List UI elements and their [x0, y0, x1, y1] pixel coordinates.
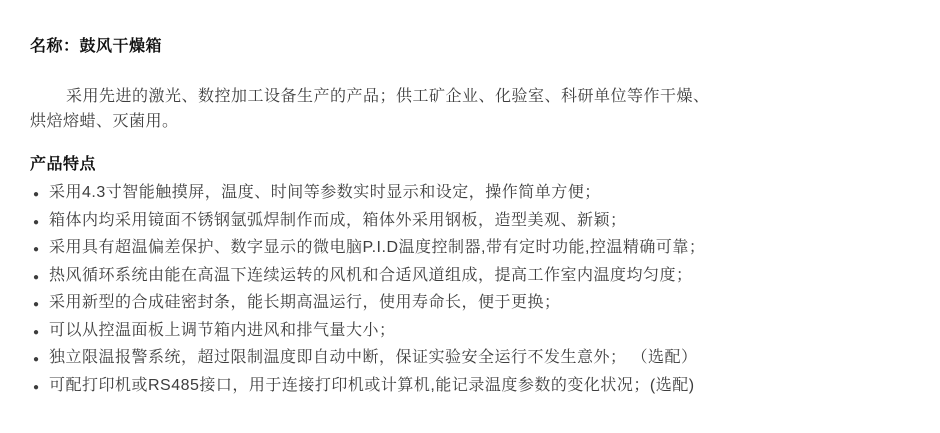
feature-item: ● 可配打印机或RS485接口，用于连接打印机或计算机,能记录温度参数的变化状况…: [30, 373, 920, 401]
bullet-icon: ●: [30, 210, 49, 236]
feature-text: 热风循环系统由能在高温下连续运转的风机和合适风道组成，提高工作室内温度均匀度；: [49, 263, 693, 289]
bullet-icon: ●: [30, 292, 49, 318]
bullet-icon: ●: [30, 265, 49, 291]
bullet-icon: ●: [30, 320, 49, 346]
feature-item: ● 可以从控温面板上调节箱内进风和排气量大小；: [30, 318, 920, 346]
intro-paragraph-line-1: 采用先进的激光、数控加工设备生产的产品；供工矿企业、化验室、科研单位等作干燥、: [30, 84, 920, 109]
feature-item: ● 箱体内均采用镜面不锈钢氩弧焊制作而成，箱体外采用钢板，造型美观、新颖；: [30, 208, 920, 236]
feature-item: ● 采用具有超温偏差保护、数字显示的微电脑P.I.D温度控制器,带有定时功能,控…: [30, 235, 920, 263]
feature-text: 可配打印机或RS485接口，用于连接打印机或计算机,能记录温度参数的变化状况；(…: [49, 373, 695, 399]
product-name-value: 鼓风干燥箱: [80, 38, 163, 55]
bullet-icon: ●: [30, 182, 49, 208]
feature-item: ● 采用4.3寸智能触摸屏，温度、时间等参数实时显示和设定，操作简单方便；: [30, 180, 920, 208]
product-name-title: 名称：鼓风干燥箱: [30, 38, 920, 56]
intro-paragraph: 采用先进的激光、数控加工设备生产的产品；供工矿企业、化验室、科研单位等作干燥、 …: [30, 84, 920, 134]
bullet-icon: ●: [30, 375, 49, 401]
feature-text: 箱体内均采用镜面不锈钢氩弧焊制作而成，箱体外采用钢板，造型美观、新颖；: [49, 208, 627, 234]
feature-item: ● 采用新型的合成硅密封条，能长期高温运行，使用寿命长，便于更换；: [30, 290, 920, 318]
bullet-icon: ●: [30, 237, 49, 263]
feature-text: 独立限温报警系统，超过限制温度即自动中断，保证实验安全运行不发生意外； （选配）: [49, 345, 697, 371]
product-name-label: 名称：: [30, 38, 80, 55]
feature-item: ● 独立限温报警系统，超过限制温度即自动中断，保证实验安全运行不发生意外； （选…: [30, 345, 920, 373]
product-description-page: 名称：鼓风干燥箱 采用先进的激光、数控加工设备生产的产品；供工矿企业、化验室、科…: [0, 0, 940, 433]
feature-item: ● 热风循环系统由能在高温下连续运转的风机和合适风道组成，提高工作室内温度均匀度…: [30, 263, 920, 291]
bullet-icon: ●: [30, 347, 49, 373]
feature-text: 采用新型的合成硅密封条，能长期高温运行，使用寿命长，便于更换；: [49, 290, 561, 316]
feature-text: 可以从控温面板上调节箱内进风和排气量大小；: [49, 318, 396, 344]
feature-text: 采用4.3寸智能触摸屏，温度、时间等参数实时显示和设定，操作简单方便；: [49, 180, 601, 206]
features-heading: 产品特点: [30, 155, 920, 175]
intro-paragraph-line-2: 烘焙熔蜡、灭菌用。: [30, 109, 920, 134]
features-list: ● 采用4.3寸智能触摸屏，温度、时间等参数实时显示和设定，操作简单方便； ● …: [30, 180, 920, 400]
feature-text: 采用具有超温偏差保护、数字显示的微电脑P.I.D温度控制器,带有定时功能,控温精…: [49, 235, 705, 261]
